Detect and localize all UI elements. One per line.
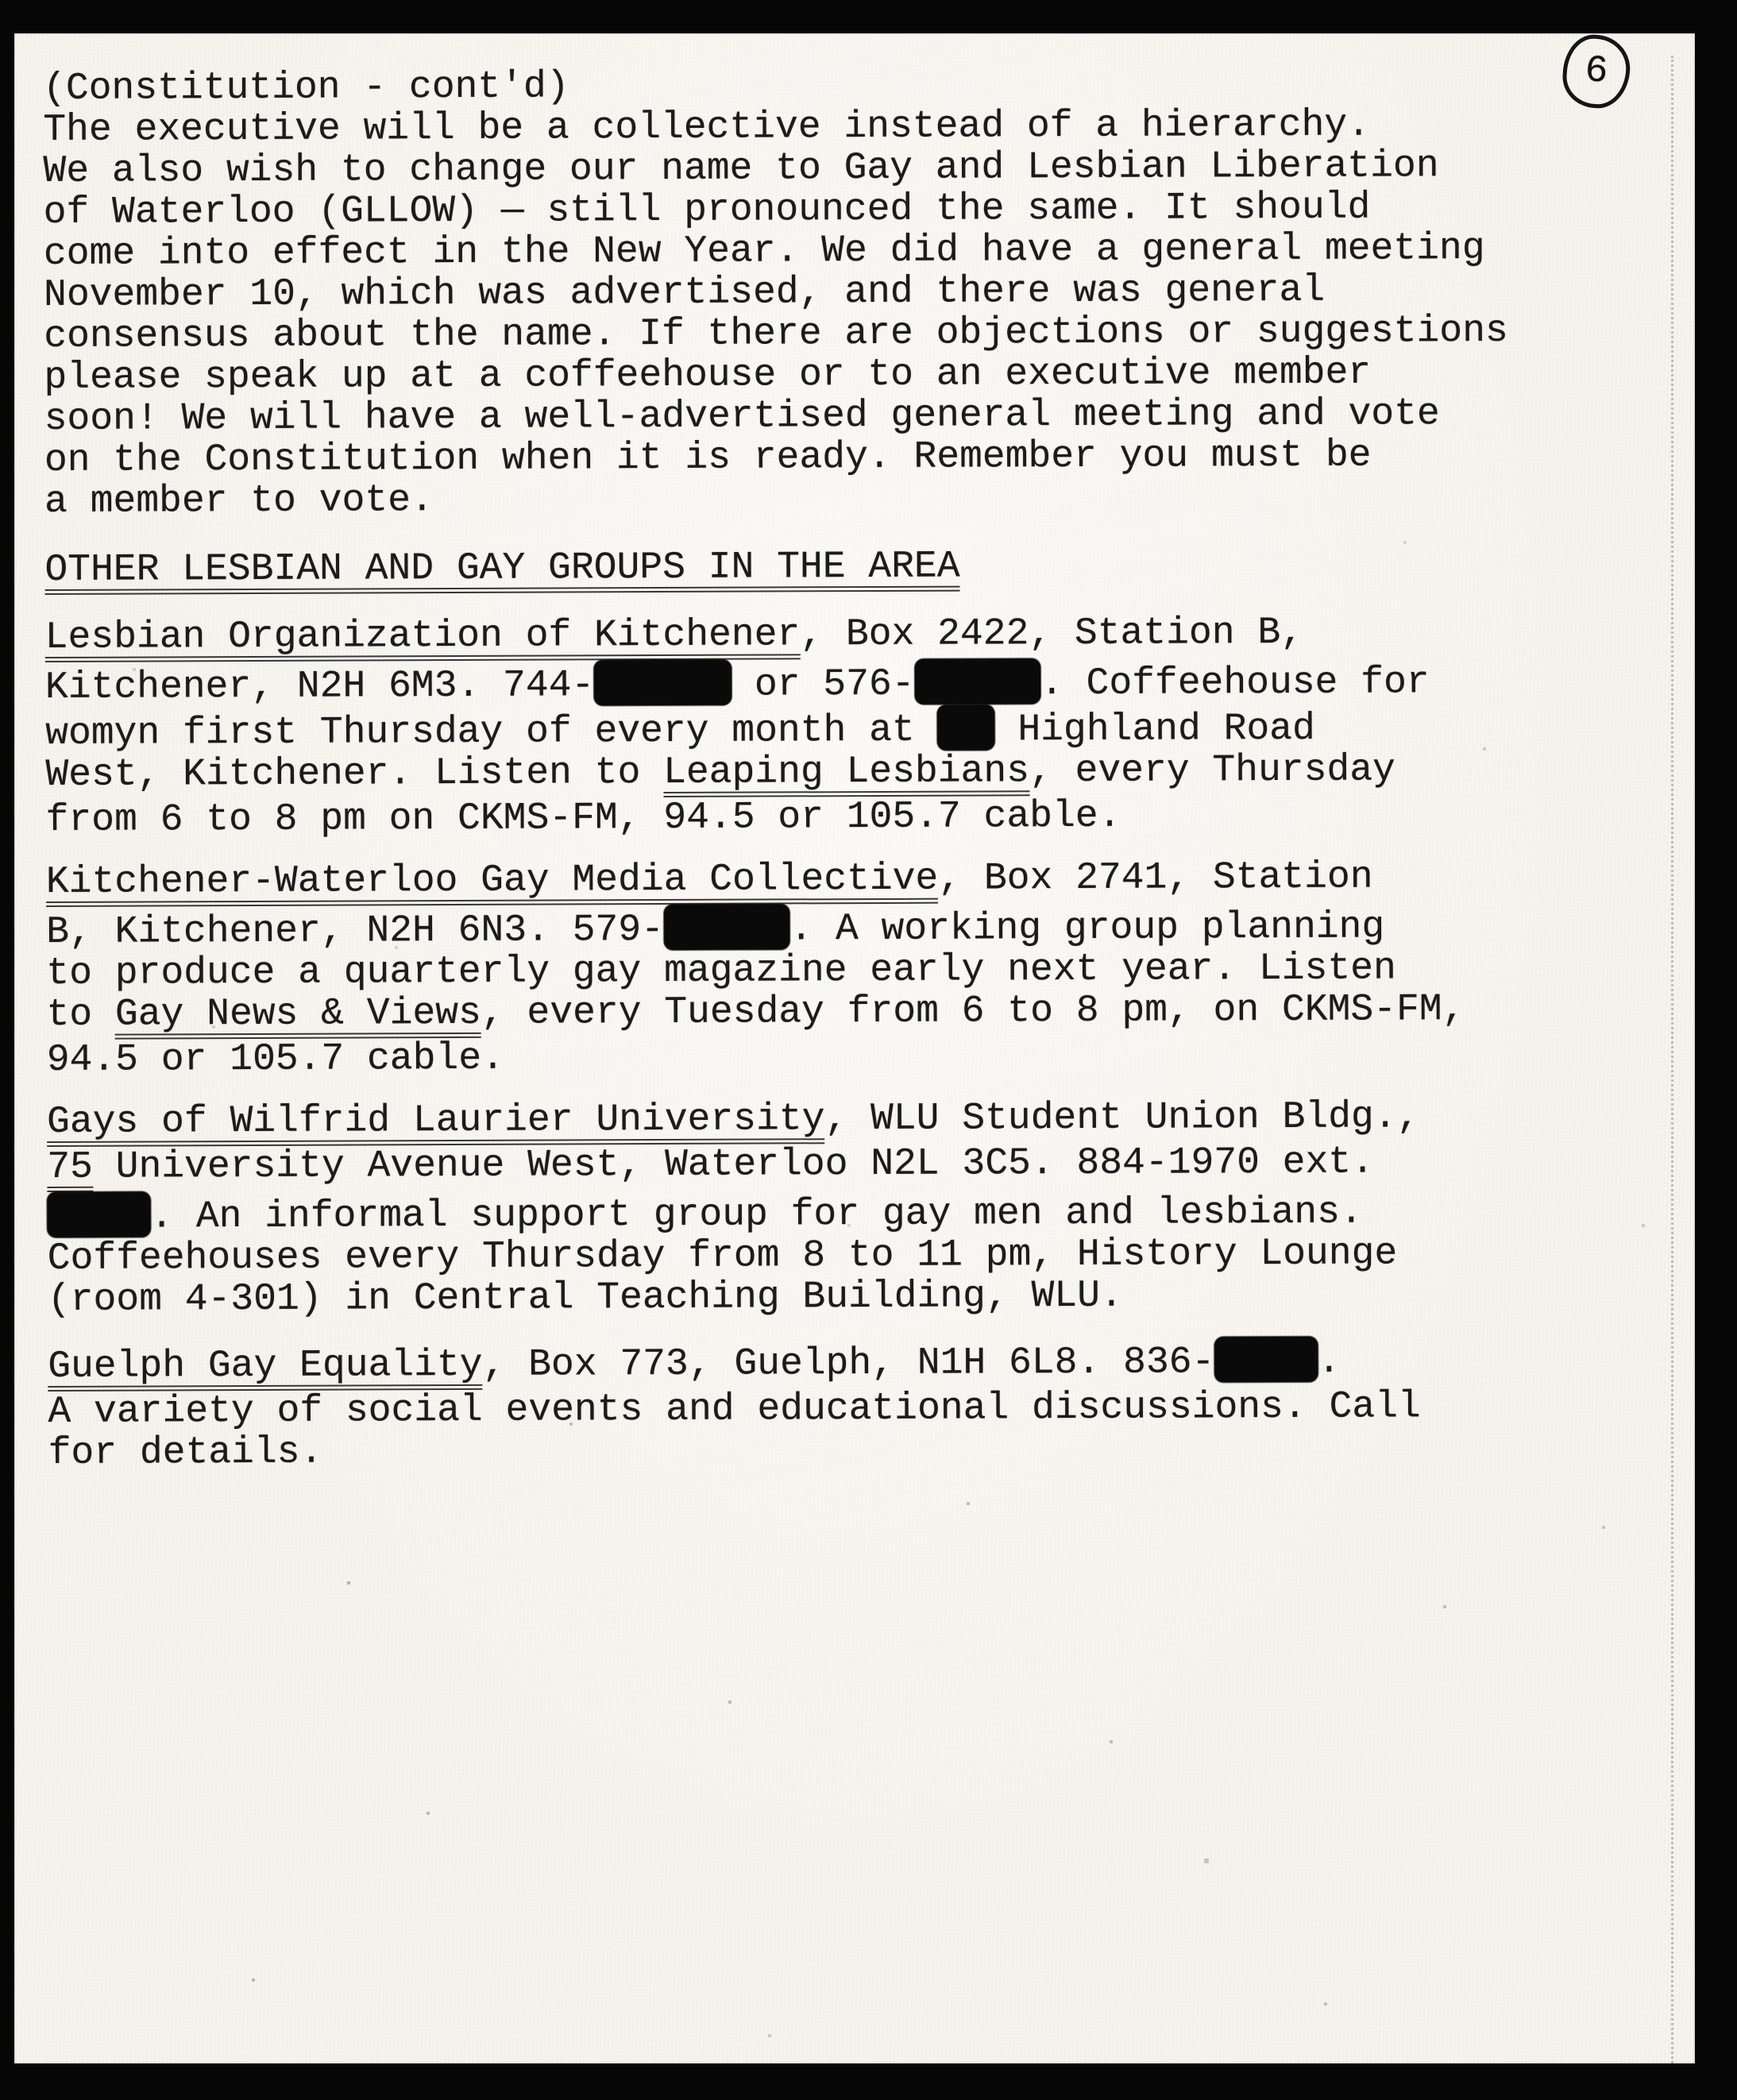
scan-noise-specks [14,33,16,35]
text-segment: A variety of social events and education… [48,1385,1420,1434]
text-segment: Coffeehouses every Thursday from 8 to 11… [48,1232,1398,1280]
text-segment: come into effect in the New Year. We did… [44,227,1485,276]
text-segment: , every Thursday [1029,748,1395,793]
text-segment: Kitchener, N2H 6M3. 744- [45,664,595,709]
redaction-box [937,705,994,750]
text-segment: West, Kitchener. Listen to [45,751,663,797]
text-segment: November 10, which was advertised, and t… [44,269,1325,317]
text-line: Coffeehouses every Thursday from 8 to 11… [48,1233,1573,1280]
text-segment: , Box 773, Guelph, N1H 6L8. 836- [482,1341,1214,1387]
text-segment: . A working group planning [789,906,1384,952]
text-line: Gays of Wilfrid Laurier University, WLU … [47,1096,1572,1147]
text-segment: , Box 2741, Station [938,856,1373,901]
text-line: 75 University Avenue West, Waterloo N2L … [47,1141,1572,1192]
text-segment: (room 4-301) in Central Teaching Buildin… [48,1275,1123,1322]
text-line: from 6 to 8 pm on CKMS-FM, 94.5 or 105.7… [46,794,1571,841]
text-line: We also wish to change our name to Gay a… [43,145,1568,192]
paragraph-guelph-gay-equality: Guelph Gay Equality, Box 773, Guelph, N1… [48,1336,1573,1474]
text-line: Guelph Gay Equality, Box 773, Guelph, N1… [48,1336,1573,1392]
redaction-box [664,904,790,950]
text-segment: We also wish to change our name to Gay a… [43,145,1438,193]
paper-sheet: 6 (Constitution - cont'd)The executive w… [14,33,1695,2063]
text-line: A variety of social events and education… [48,1386,1573,1433]
text-line: please speak up at a coffeehouse or to a… [44,352,1569,399]
text-line: womyn first Thursday of every month at H… [45,703,1570,755]
text-segment: . [1318,1341,1341,1384]
text-line: to produce a quarterly gay magazine earl… [46,948,1571,994]
text-line: (room 4-301) in Central Teaching Buildin… [48,1274,1573,1321]
underlined-text: Kitchener-Waterloo Gay Media Collective [46,860,939,907]
text-segment: to [46,994,115,1036]
text-segment: , every Tuesday from 6 to 8 pm, on CKMS-… [481,988,1465,1035]
text-segment: of Waterloo (GLLOW) — still pronounced t… [44,187,1371,234]
text-line: come into effect in the New Year. We did… [44,228,1569,275]
redaction-box [594,660,731,706]
text-line: a member to vote. [44,476,1569,523]
text-line: Kitchener-Waterloo Gay Media Collective,… [46,856,1571,907]
text-line: soon! We will have a well-advertised gen… [44,393,1569,440]
text-segment: womyn first Thursday of every month at [45,709,938,755]
paragraph-other-groups-heading: OTHER LESBIAN AND GAY GROUPS IN THE AREA [44,544,1569,595]
paragraph-gays-of-wilfrid-laurier-university: Gays of Wilfrid Laurier University, WLU … [47,1096,1573,1321]
document-text: (Constitution - cont'd)The executive wil… [43,63,1573,1495]
text-segment: Highland Road [994,708,1314,752]
text-segment: , WLU Student Union Bldg., [824,1095,1419,1141]
text-line: The executive will be a collective inste… [43,104,1568,151]
page-number-circle: 6 [1561,33,1632,110]
text-segment: . An informal support group for gay men … [150,1191,1363,1239]
underlined-text: Guelph Gay Equality [48,1346,483,1392]
text-line: 94.5 or 105.7 cable. [47,1034,1572,1081]
text-segment: B, Kitchener, N2H 6N3. 579- [46,909,664,954]
text-segment: please speak up at a coffeehouse or to a… [44,352,1371,400]
text-segment: 94.5 or 105.7 cable. [47,1037,504,1082]
text-segment: The executive will be a collective inste… [43,104,1370,152]
text-line: Lesbian Organization of Kitchener, Box 2… [45,612,1570,662]
text-line: November 10, which was advertised, and t… [44,269,1569,316]
text-segment: for details. [48,1431,323,1475]
scanned-page-background: { "page": { "page_number": "6", "paper_c… [0,0,1737,2100]
text-line: West, Kitchener. Listen to Leaping Lesbi… [45,749,1570,800]
text-segment: soon! We will have a well-advertised gen… [44,392,1440,441]
text-line: for details. [48,1427,1573,1474]
text-segment: on the Constitution when it is ready. Re… [44,434,1372,482]
text-line: . An informal support group for gay men … [47,1187,1572,1238]
text-segment: (Constitution - cont'd) [43,65,569,110]
underlined-text: OTHER LESBIAN AND GAY GROUPS IN THE AREA [44,548,959,595]
underlined-text: Leaping Lesbians [663,752,1029,797]
text-line: on the Constitution when it is ready. Re… [44,434,1569,481]
text-segment: or 576- [731,663,915,707]
paragraph-lesbian-organization-of-kitchener: Lesbian Organization of Kitchener, Box 2… [45,612,1571,841]
underlined-text: Lesbian Organization of Kitchener [45,616,801,662]
page-number: 6 [1584,49,1610,94]
underlined-text: 75 [47,1148,93,1192]
text-line: consensus about the name. If there are o… [44,311,1569,357]
text-line: of Waterloo (GLLOW) — still pronounced t… [44,187,1569,234]
paragraph-kw-gay-media-collective: Kitchener-Waterloo Gay Media Collective,… [46,856,1572,1081]
redaction-box [1214,1337,1318,1382]
text-segment: from 6 to 8 pm on CKMS-FM, 94.5 or 105.7… [46,795,1121,842]
redaction-box [914,658,1040,705]
underlined-text: Gays of Wilfrid Laurier University [47,1100,825,1147]
text-line: Kitchener, N2H 6M3. 744- or 576-. Coffee… [45,657,1570,708]
text-segment: . Coffeehouse for [1040,661,1430,705]
redaction-box [47,1191,150,1237]
text-segment: a member to vote. [44,479,434,523]
underlined-text: Gay News & Views [115,994,481,1040]
text-segment: consensus about the name. If there are o… [44,310,1508,358]
text-line: OTHER LESBIAN AND GAY GROUPS IN THE AREA [44,544,1569,595]
text-segment: University Avenue West, Waterloo N2L 3C5… [93,1141,1374,1189]
text-segment: to produce a quarterly gay magazine earl… [46,947,1396,995]
text-line: (Constitution - cont'd) [43,63,1568,110]
text-segment: , Box 2422, Station B, [800,612,1303,656]
paper-edge-line [1671,56,1673,2063]
paragraph-constitution-contd: (Constitution - cont'd)The executive wil… [43,63,1569,523]
text-line: to Gay News & Views, every Tuesday from … [46,989,1571,1040]
text-line: B, Kitchener, N2H 6N3. 579-. A working g… [46,901,1571,953]
